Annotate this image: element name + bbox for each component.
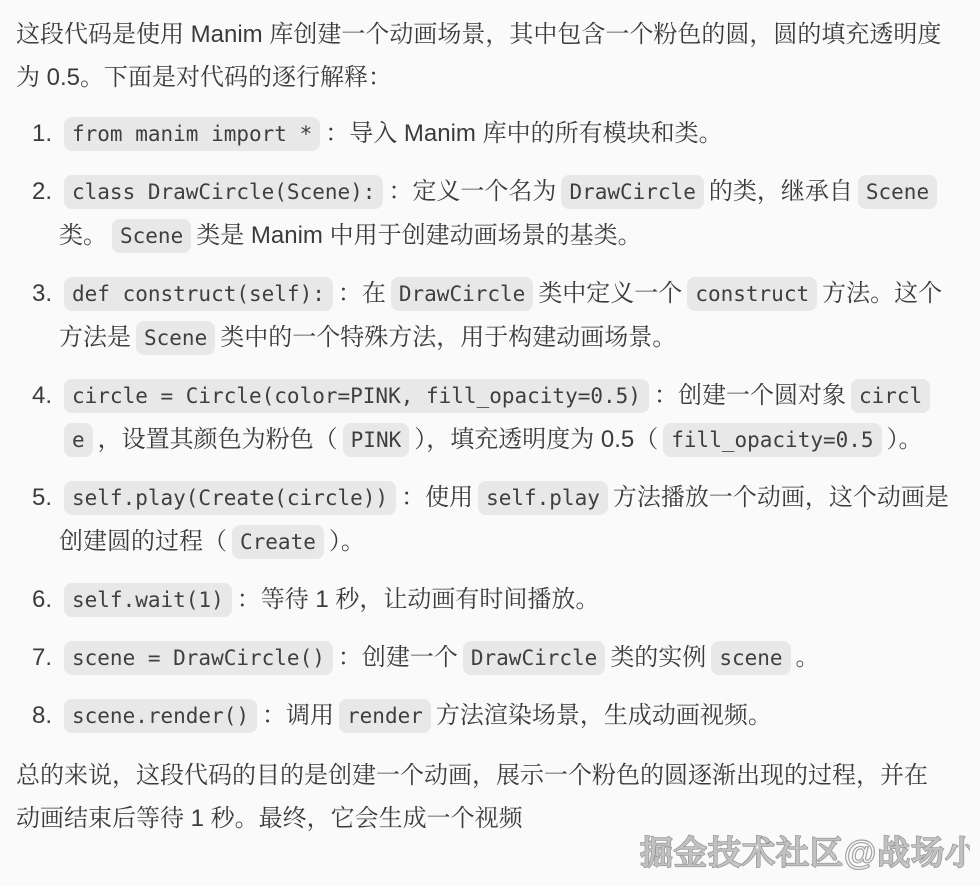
inline-code: DrawCircle xyxy=(561,175,703,209)
list-item-2: 2.class DrawCircle(Scene):：定义一个名为DrawCir… xyxy=(16,170,950,258)
list-item-3: 3.def construct(self):：在DrawCircle类中定义一个… xyxy=(16,272,950,360)
inline-code: DrawCircle xyxy=(391,277,533,311)
list-item-number: 2. xyxy=(16,170,52,213)
list-item-number: 7. xyxy=(16,636,52,679)
list-item-number: 5. xyxy=(16,476,52,519)
inline-code: class DrawCircle(Scene): xyxy=(64,175,383,209)
inline-code: scene.render() xyxy=(64,699,257,733)
inline-code: fill_opacity=0.5 xyxy=(663,423,881,457)
outro-paragraph: 总的来说，这段代码的目的是创建一个动画，展示一个粉色的圆逐渐出现的过程，并在动画… xyxy=(16,754,950,840)
list-item-text: ）。 xyxy=(887,426,923,453)
inline-code: Scene xyxy=(136,321,215,355)
list-item-text: ：等待 1 秒，让动画有时间播放。 xyxy=(237,586,600,613)
list-item-number: 8. xyxy=(16,694,52,737)
inline-code: self.play(Create(circle)) xyxy=(64,481,396,515)
list-item-text: ：创建一个 xyxy=(338,644,458,671)
list-item-text: 类。 xyxy=(59,222,107,249)
intro-paragraph: 这段代码是使用 Manim 库创建一个动画场景，其中包含一个粉色的圆，圆的填充透… xyxy=(16,13,950,99)
chat-answer-page: { "page": { "background": "#fafafa", "te… xyxy=(0,0,980,886)
inline-code: DrawCircle xyxy=(463,641,605,675)
list-item-text: 类中的一个特殊方法，用于构建动画场景。 xyxy=(220,324,676,351)
list-item-number: 4. xyxy=(16,374,52,417)
inline-code: from manim import * xyxy=(64,117,320,151)
list-item-text: 类的实例 xyxy=(610,644,706,671)
list-item-6: 6.self.wait(1)：等待 1 秒，让动画有时间播放。 xyxy=(16,578,950,622)
list-item-7: 7.scene = DrawCircle()：创建一个DrawCircle类的实… xyxy=(16,636,950,680)
inline-code: circle = Circle(color=PINK, fill_opacity… xyxy=(64,379,649,413)
list-item-text: ：定义一个名为 xyxy=(388,178,556,205)
list-item-5: 5.self.play(Create(circle))：使用self.play方… xyxy=(16,476,950,564)
inline-code: construct xyxy=(687,277,817,311)
list-item-number: 3. xyxy=(16,272,52,315)
inline-code: Scene xyxy=(112,219,191,253)
list-item-number: 6. xyxy=(16,578,52,621)
list-item-1: 1.from manim import *：导入 Manim 库中的所有模块和类… xyxy=(16,112,950,156)
list-item-text: ），填充透明度为 0.5（ xyxy=(414,426,658,453)
list-item-text: 类是 Manim 中用于创建动画场景的基类。 xyxy=(196,222,641,249)
list-item-4: 4.circle = Circle(color=PINK, fill_opaci… xyxy=(16,374,950,462)
inline-code: def construct(self): xyxy=(64,277,333,311)
list-item-text: 。 xyxy=(796,644,820,671)
inline-code: scene xyxy=(711,641,790,675)
list-item-number: 1. xyxy=(16,112,52,155)
inline-code: Create xyxy=(232,525,324,559)
inline-code: scene = DrawCircle() xyxy=(64,641,333,675)
list-item-text: ，设置其颜色为粉色（ xyxy=(98,426,338,453)
list-item-text: ：使用 xyxy=(401,484,473,511)
list-item-text: ）。 xyxy=(329,528,365,555)
list-item-text: ：导入 Manim 库中的所有模块和类。 xyxy=(325,120,722,147)
list-item-text: 的类，继承自 xyxy=(709,178,853,205)
inline-code: self.wait(1) xyxy=(64,583,232,617)
inline-code: Scene xyxy=(858,175,937,209)
list-item-8: 8.scene.render()：调用render方法渲染场景，生成动画视频。 xyxy=(16,694,950,738)
list-item-text: ：调用 xyxy=(262,702,334,729)
inline-code: render xyxy=(339,699,431,733)
list-item-text: 方法渲染场景，生成动画视频。 xyxy=(436,702,772,729)
list-item-text: 类中定义一个 xyxy=(538,280,682,307)
list-item-text: ：创建一个圆对象 xyxy=(654,382,846,409)
list-item-text: ：在 xyxy=(338,280,386,307)
explanation-list: 1.from manim import *：导入 Manim 库中的所有模块和类… xyxy=(16,112,950,738)
inline-code: PINK xyxy=(343,423,410,457)
inline-code: self.play xyxy=(478,481,608,515)
